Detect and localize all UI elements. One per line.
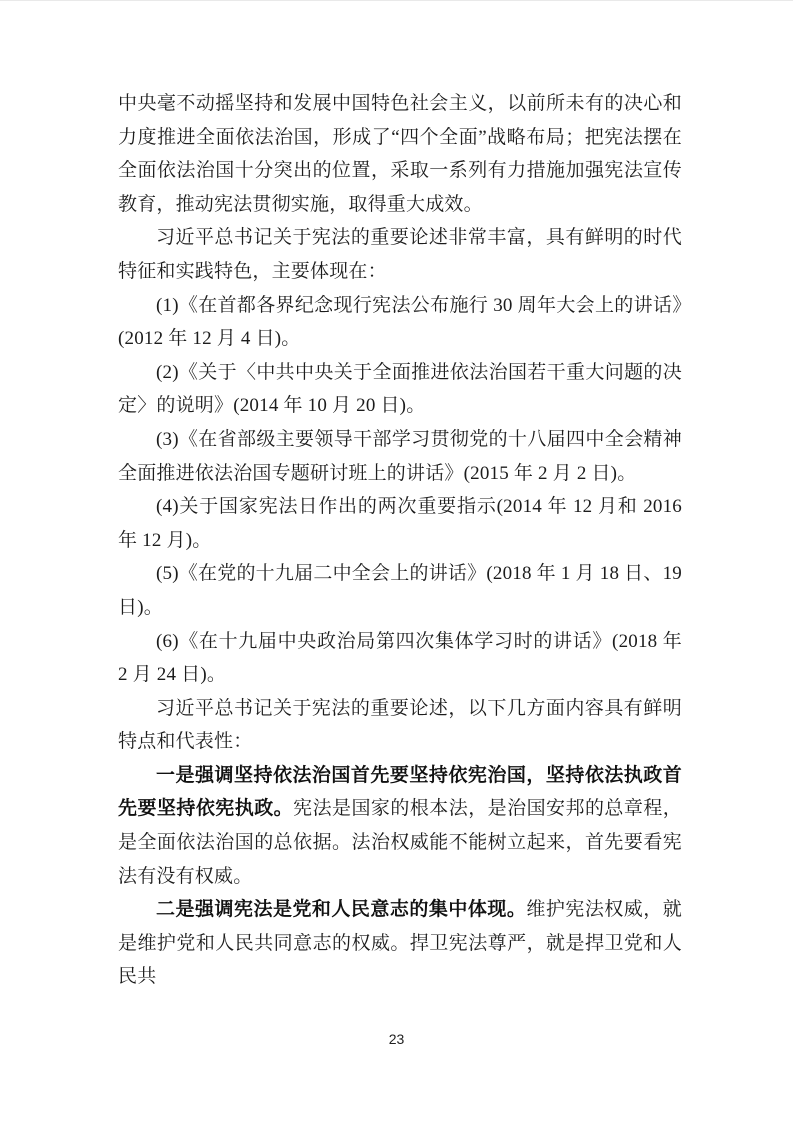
list-item-paragraph: (4)关于国家宪法日作出的两次重要指示(2014 年 12 月和 2016 年 … [118, 490, 682, 557]
document-page: 中央毫不动摇坚持和发展中国特色社会主义，以前所未有的决心和力度推进全面依法治国，… [0, 0, 793, 1122]
page-footer: 23 [0, 1031, 793, 1049]
paragraph: 习近平总书记关于宪法的重要论述，以下几方面内容具有鲜明特点和代表性： [118, 692, 682, 759]
list-item-paragraph: (6)《在十九届中央政治局第四次集体学习时的讲话》(2018 年 2 月 24 … [118, 625, 682, 692]
page-top-edge [0, 0, 793, 1]
emphasized-point-paragraph: 一是强调坚持依法治国首先要坚持依宪治国，坚持依法执政首先要坚持依宪执政。宪法是国… [118, 759, 682, 893]
list-item-paragraph: (3)《在省部级主要领导干部学习贯彻党的十八届四中全会精神全面推进依法治国专题研… [118, 423, 682, 490]
list-item-paragraph: (2)《关于〈中共中央关于全面推进依法治国若干重大问题的决定〉的说明》(2014… [118, 356, 682, 423]
emphasized-point-paragraph: 二是强调宪法是党和人民意志的集中体现。维护宪法权威，就是维护党和人民共同意志的权… [118, 893, 682, 994]
paragraph: 习近平总书记关于宪法的重要论述非常丰富，具有鲜明的时代特征和实践特色，主要体现在… [118, 221, 682, 288]
page-number: 23 [389, 1031, 405, 1047]
page-body-text: 中央毫不动摇坚持和发展中国特色社会主义，以前所未有的决心和力度推进全面依法治国，… [118, 87, 682, 994]
paragraph: 中央毫不动摇坚持和发展中国特色社会主义，以前所未有的决心和力度推进全面依法治国，… [118, 87, 682, 221]
paragraph-bold-lead: 二是强调宪法是党和人民意志的集中体现。 [156, 899, 526, 920]
list-item-paragraph: (1)《在首都各界纪念现行宪法公布施行 30 周年大会上的讲话》(2012 年 … [118, 289, 682, 356]
list-item-paragraph: (5)《在党的十九届二中全会上的讲话》(2018 年 1 月 18 日、19 日… [118, 557, 682, 624]
